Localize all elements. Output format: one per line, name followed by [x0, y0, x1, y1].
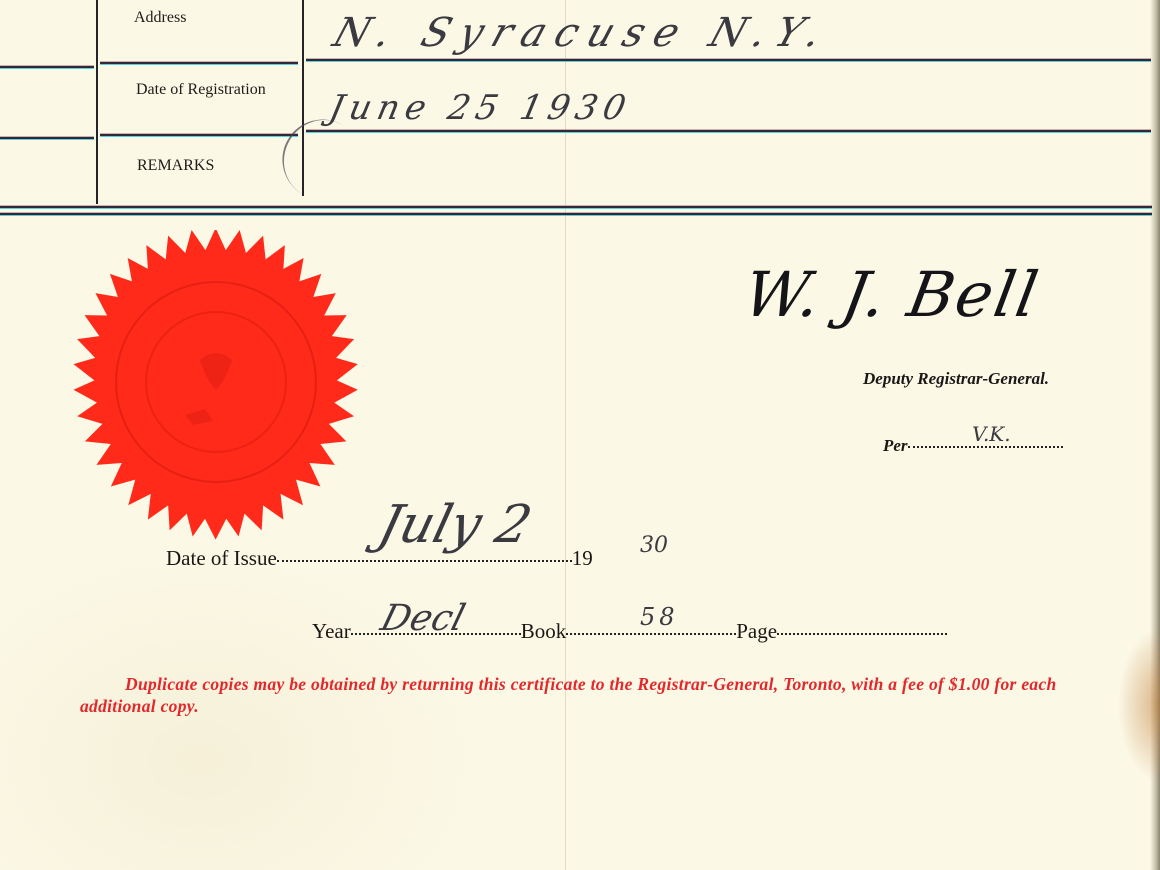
per-label: Per — [883, 436, 908, 455]
registration-date-handwritten-value: June 25 1930 — [326, 88, 635, 128]
registrar-signature: W. J. Bell — [739, 258, 1046, 331]
page-label: Page — [736, 619, 777, 643]
row-divider — [100, 62, 298, 65]
row-divider — [0, 137, 94, 140]
deputy-registrar-title: Deputy Registrar-General. — [863, 369, 1049, 389]
date-of-issue-year-prefix: 19 — [572, 546, 593, 570]
row-divider — [0, 66, 94, 69]
year-label: Year — [312, 619, 351, 643]
date-of-issue-label: Date of Issue — [166, 546, 277, 570]
book-label: Book — [521, 619, 567, 643]
per-dotted-line — [908, 446, 1063, 448]
table-column-divider-left — [96, 0, 98, 204]
duplicate-copies-notice-text: Duplicate copies may be obtained by retu… — [80, 674, 1057, 716]
book-handwritten-value: 58 — [640, 603, 679, 631]
address-label: Address — [134, 9, 186, 27]
date-of-issue-dotted-line — [277, 560, 572, 562]
row-divider — [100, 134, 298, 137]
row-divider — [306, 130, 1151, 133]
registrar-general-seal — [60, 230, 372, 542]
date-of-registration-label: Date of Registration — [136, 81, 266, 99]
row-divider — [306, 59, 1151, 62]
date-of-issue-year-suffix: 30 — [640, 533, 668, 558]
year-handwritten-value: Decl — [377, 598, 470, 639]
duplicate-copies-notice: Duplicate copies may be obtained by retu… — [80, 673, 1090, 717]
book-dotted-line — [566, 633, 736, 635]
remarks-label: REMARKS — [137, 157, 214, 175]
per-handwritten-initials: V.K. — [972, 422, 1011, 446]
page-dotted-line — [777, 633, 947, 635]
date-of-issue-handwritten-value: July 2 — [373, 495, 538, 555]
table-bottom-rule — [0, 206, 1152, 209]
address-handwritten-value: N. Syracuse N.Y. — [328, 10, 838, 56]
red-embossed-seal-icon — [60, 230, 372, 542]
table-bottom-rule-double — [0, 213, 1152, 216]
